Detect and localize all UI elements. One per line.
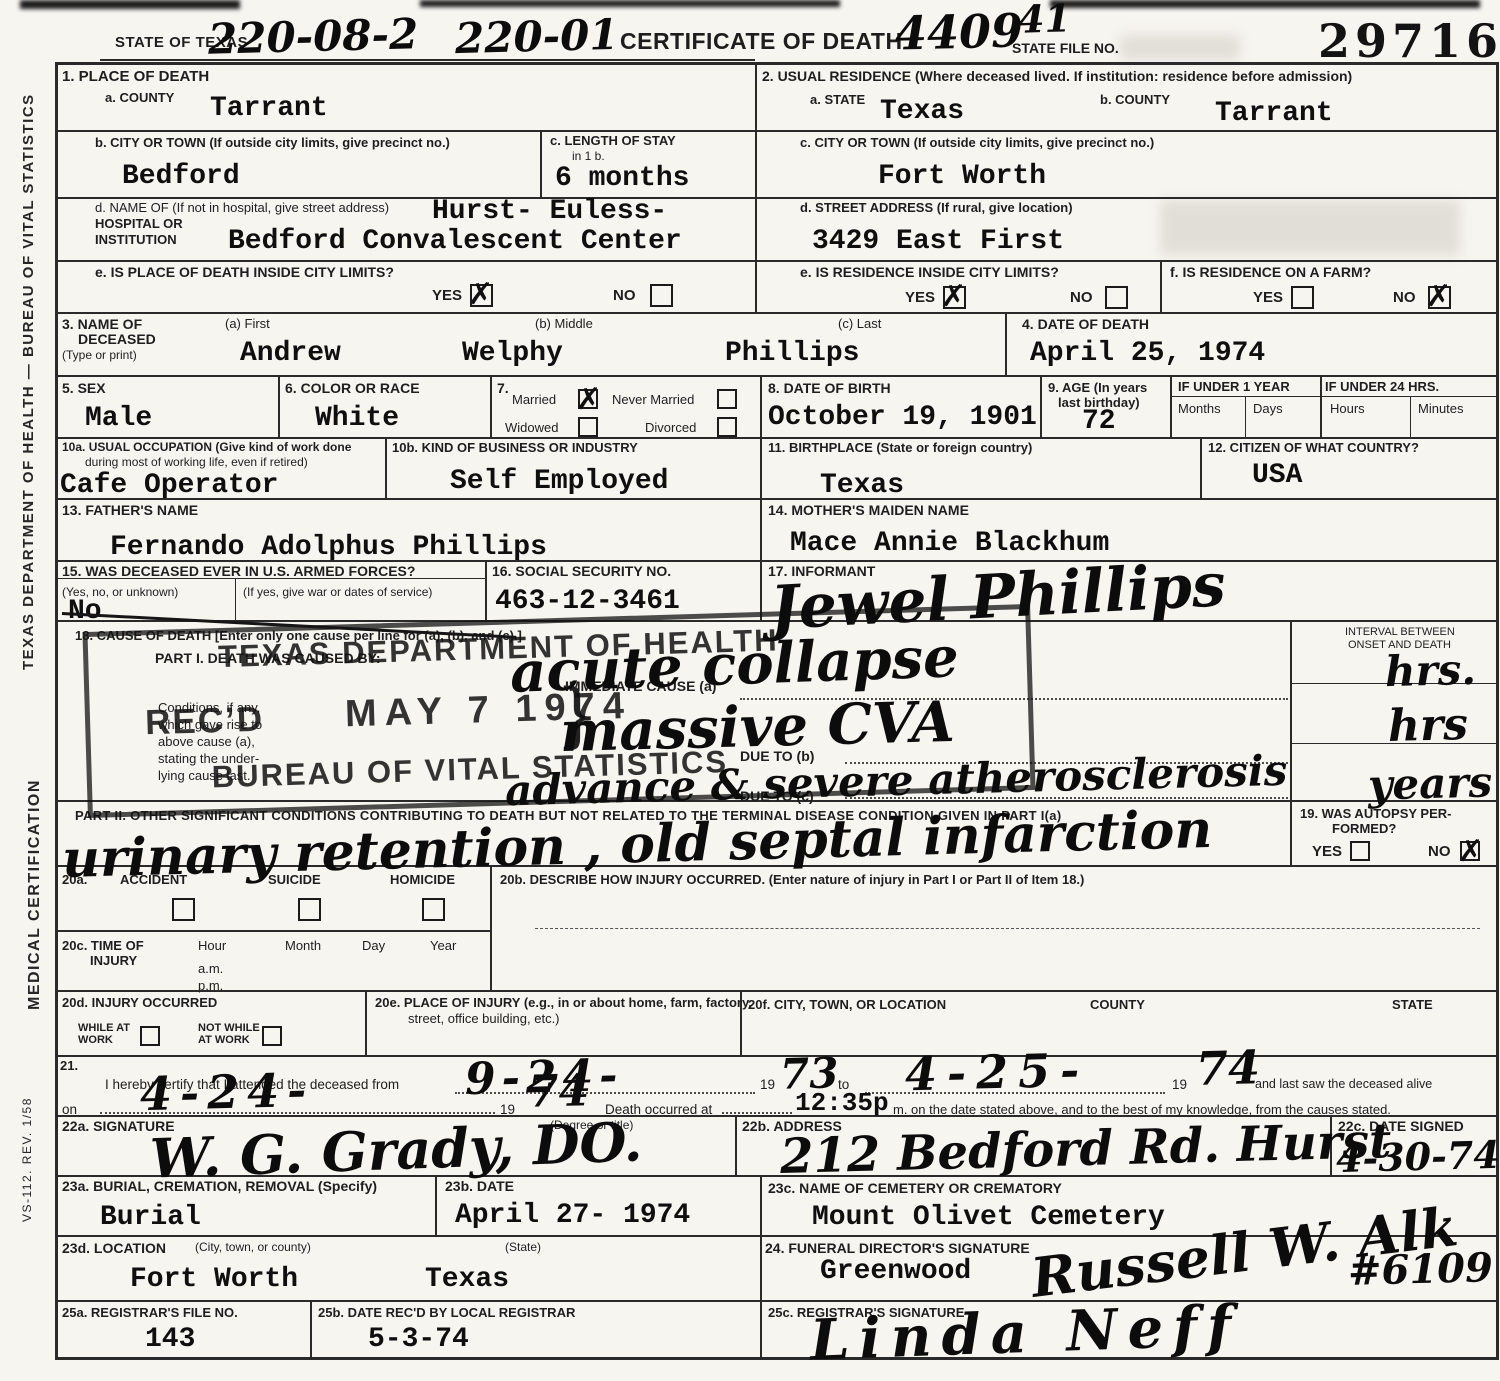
grid-line [1245, 396, 1246, 437]
grid-line [760, 1235, 762, 1300]
burial-date-value: April 27- 1974 [455, 1202, 690, 1230]
suicide-checkbox [298, 898, 321, 921]
grid-line [55, 437, 1498, 439]
injury-state-label: STATE [1392, 997, 1433, 1013]
grid-line [310, 1300, 312, 1357]
burial-cremation-value: Burial [100, 1204, 201, 1232]
grid-line [55, 1300, 1498, 1302]
grid-line [1200, 437, 1202, 498]
citizen-label: 12. CITIZEN OF WHAT COUNTRY? [1208, 440, 1419, 456]
registrar-signature: Linda Neff [809, 1300, 1242, 1365]
autopsy-label-2: FORMED? [1332, 821, 1396, 837]
injury-occurred-label: 20d. INJURY OCCURRED [62, 995, 217, 1011]
age-label-1: 9. AGE (In years [1048, 380, 1147, 396]
am-label: a.m. [198, 961, 223, 977]
grid-line [1290, 620, 1292, 865]
grid-line [365, 990, 367, 1055]
to-year-printed: 19 [1172, 1077, 1187, 1093]
interval-c-handwriting: years [1368, 763, 1493, 804]
residence-city-value: Fort Worth [878, 163, 1046, 191]
armed-forces-label: 15. WAS DECEASED EVER IN U.S. ARMED FORC… [62, 563, 415, 580]
physician-address-handwriting: 212 Bedford Rd. Hurst [780, 1120, 1392, 1179]
date-of-birth-label: 8. DATE OF BIRTH [768, 380, 891, 397]
length-of-stay-value: 6 months [555, 165, 689, 193]
state-file-no-label: STATE FILE NO. [1012, 40, 1119, 57]
residence-state-value: Texas [880, 98, 964, 126]
county-value: Tarrant [210, 95, 328, 123]
handwritten-certificate-number-2: 41 [1018, 1, 1072, 37]
grid-line [55, 312, 1498, 314]
social-security-value: 463-12-3461 [495, 588, 680, 616]
grid-line [55, 62, 1498, 65]
place-city-limits-yes-checkbox [470, 284, 493, 307]
days-label: Days [1253, 401, 1283, 417]
widowed-checkbox [578, 417, 598, 437]
year-label: Year [430, 938, 456, 954]
residence-county-label: b. COUNTY [1100, 92, 1170, 108]
grid-line [55, 260, 1498, 262]
accident-checkbox [172, 898, 195, 921]
married-checkbox [578, 389, 598, 409]
occupation-value: Cafe Operator [60, 472, 278, 500]
item-21-number: 21. [60, 1058, 78, 1074]
grid-line [1410, 396, 1411, 437]
first-name-value: Andrew [240, 340, 341, 368]
date-received-value: 5-3-74 [368, 1326, 469, 1354]
margin-department-text: TEXAS DEPARTMENT OF HEALTH — BUREAU OF V… [20, 190, 37, 670]
never-married-checkbox [717, 389, 737, 409]
autopsy-yes-label: YES [1312, 843, 1342, 861]
widowed-label: Widowed [505, 420, 558, 436]
time-of-injury-label-2: INJURY [90, 953, 137, 969]
age-value: 72 [1082, 408, 1116, 436]
residence-farm-label: f. IS RESIDENCE ON A FARM? [1170, 264, 1371, 281]
residence-city-limits-yes-label: YES [905, 289, 935, 307]
if-under-1-year-label: IF UNDER 1 YEAR [1178, 379, 1290, 395]
autopsy-yes-checkbox [1350, 841, 1370, 861]
armed-forces-sublabel-2: (If yes, give war or dates of service) [243, 585, 432, 599]
date-of-birth-value: October 19, 1901 [768, 404, 1037, 432]
residence-county-value: Tarrant [1215, 100, 1333, 128]
sex-value: Male [85, 405, 152, 433]
on-text: on [62, 1102, 77, 1118]
from-year-printed: 19 [760, 1077, 775, 1093]
residence-city-limits-label: e. IS RESIDENCE INSIDE CITY LIMITS? [800, 264, 1059, 281]
bleed-through [1160, 200, 1460, 255]
pm-label: p.m. [198, 978, 223, 994]
informant-signature: Jewel Phillips [769, 558, 1227, 636]
fathers-name-value: Fernando Adolphus Phillips [110, 534, 547, 562]
hospital-name-label-3: INSTITUTION [95, 232, 177, 248]
grid-line [1005, 312, 1007, 375]
scan-artifact [1050, 0, 1480, 8]
business-industry-value: Self Employed [450, 468, 668, 496]
place-city-limits-yes-label: YES [432, 287, 462, 305]
color-race-value: White [315, 405, 399, 433]
residence-city-limits-no-checkbox [1105, 286, 1128, 309]
grid-line [1320, 375, 1322, 437]
hospital-name-value-1: Hurst- Euless- [432, 198, 667, 226]
grid-line [1170, 375, 1172, 437]
funeral-home-value: Greenwood [820, 1258, 971, 1286]
last-saw-text: and last saw the deceased alive [1255, 1077, 1432, 1092]
writing-line [722, 1112, 792, 1114]
social-security-label: 16. SOCIAL SECURITY NO. [492, 563, 671, 580]
place-of-injury-label-2: street, office building, etc.) [408, 1011, 560, 1027]
grid-line [278, 375, 280, 437]
death-certificate-scan: STATE OF TEXAS 220-08-2 220-01 CERTIFICA… [0, 0, 1500, 1381]
grid-line [490, 375, 492, 437]
occupation-label-1: 10a. USUAL OCCUPATION (Give kind of work… [62, 440, 351, 454]
middle-name-value: Welphy [462, 340, 563, 368]
state-file-number: 29716 [1318, 14, 1500, 68]
divorced-label: Divorced [645, 420, 696, 436]
date-received-label: 25b. DATE REC'D BY LOCAL REGISTRAR [318, 1305, 575, 1321]
writing-line [535, 928, 1480, 929]
first-name-label: (a) First [225, 316, 270, 332]
length-of-stay-label: c. LENGTH OF STAY [550, 133, 676, 149]
burial-location-state-value: Texas [425, 1266, 509, 1294]
marital-status-label: 7. [497, 380, 509, 397]
hour-label: Hour [198, 938, 226, 954]
date-of-death-label: 4. DATE OF DEATH [1022, 316, 1149, 333]
grid-line [760, 1175, 762, 1235]
grid-line [55, 1357, 1498, 1360]
grid-line [55, 990, 1498, 992]
funeral-director-number: #6109 [1348, 1250, 1494, 1290]
residence-farm-yes-checkbox [1291, 286, 1314, 309]
stamp-recd: REC’D [145, 700, 265, 744]
on-year-handwriting: 74 [527, 1071, 589, 1112]
length-of-stay-sublabel: in 1 b. [572, 149, 605, 163]
grid-line [55, 130, 1498, 132]
margin-form-number: VS-112. REV. 1/58 [20, 1080, 34, 1240]
residence-farm-no-checkbox [1428, 286, 1451, 309]
autopsy-no-checkbox [1460, 841, 1480, 861]
not-while-at-work-label-2: AT WORK [198, 1034, 250, 1047]
hospital-name-label: d. NAME OF (If not in hospital, give str… [95, 200, 389, 216]
grid-line [1160, 260, 1162, 312]
fathers-name-label: 13. FATHER'S NAME [62, 502, 198, 519]
physician-signature: W. G. Grady, DO. [149, 1117, 643, 1183]
cause-b-handwriting: massive CVA [559, 697, 955, 758]
burial-location-sublabel-state: (State) [505, 1240, 541, 1254]
not-while-at-work-checkbox [262, 1026, 282, 1046]
burial-date-label: 23b. DATE [445, 1178, 514, 1195]
hours-label: Hours [1330, 401, 1365, 417]
months-label: Months [1178, 401, 1221, 417]
citizen-value: USA [1252, 462, 1302, 490]
grid-line [55, 930, 490, 932]
residence-city-limits-no-label: NO [1070, 289, 1093, 307]
burial-location-sublabel-city: (City, town, or county) [195, 1240, 311, 1254]
grid-line [485, 560, 487, 620]
grid-line [100, 59, 755, 61]
mothers-maiden-name-value: Mace Annie Blackhum [790, 530, 1109, 558]
divorced-checkbox [717, 417, 737, 437]
city-town-label: b. CITY OR TOWN (If outside city limits,… [95, 135, 450, 151]
section-1-title: 1. PLACE OF DEATH [62, 68, 209, 86]
grid-line [1040, 375, 1042, 437]
attended-to-date: 4-25- [904, 1050, 1089, 1096]
handwritten-code-2: 220-01 [455, 16, 619, 58]
injury-city-label: 20f. CITY, TOWN, OR LOCATION [748, 997, 946, 1013]
to-year-handwriting: 74 [1195, 1047, 1260, 1090]
place-city-limits-label: e. IS PLACE OF DEATH INSIDE CITY LIMITS? [95, 264, 394, 281]
bleed-through [1120, 35, 1240, 60]
grid-line [735, 1115, 737, 1175]
minutes-label: Minutes [1418, 401, 1464, 417]
last-name-label: (c) Last [838, 316, 881, 332]
certificate-title: CERTIFICATE OF DEATH [620, 28, 903, 56]
last-saw-date: 4-24- [139, 1070, 314, 1116]
occupation-label-2: during most of working life, even if ret… [85, 455, 308, 469]
hospital-name-label-2: HOSPITAL OR [95, 216, 183, 232]
middle-name-label: (b) Middle [535, 316, 593, 332]
scan-artifact [20, 0, 240, 9]
cause-a-handwriting: acute collapse [509, 632, 959, 698]
never-married-label: Never Married [612, 392, 694, 408]
sex-label: 5. SEX [62, 380, 106, 397]
street-address-label: d. STREET ADDRESS (If rural, give locati… [800, 200, 1073, 216]
residence-state-label: a. STATE [810, 92, 865, 108]
grid-line [760, 437, 762, 498]
last-name-value: Phillips [725, 340, 859, 368]
residence-city-limits-yes-checkbox [943, 286, 966, 309]
married-label: Married [512, 392, 556, 408]
grid-line [385, 437, 387, 498]
place-city-limits-no-checkbox [650, 284, 673, 307]
injury-county-label: COUNTY [1090, 997, 1145, 1013]
section-2-title: 2. USUAL RESIDENCE (Where deceased lived… [762, 68, 1352, 85]
date-signed-handwriting: 4-30-74 [1336, 1138, 1500, 1176]
burial-location-label: 23d. LOCATION [62, 1240, 166, 1257]
interval-header-1: INTERVAL BETWEEN [1345, 626, 1455, 639]
funeral-director-label: 24. FUNERAL DIRECTOR'S SIGNATURE [765, 1240, 1030, 1257]
registrar-file-no-label: 25a. REGISTRAR'S FILE NO. [62, 1305, 238, 1321]
cemetery-value: Mount Olivet Cemetery [812, 1204, 1165, 1232]
grid-line [435, 1175, 437, 1235]
scan-artifact [420, 0, 840, 7]
residence-farm-yes-label: YES [1253, 289, 1283, 307]
street-address-value: 3429 East First [812, 228, 1064, 256]
color-race-label: 6. COLOR OR RACE [285, 380, 420, 397]
business-industry-label: 10b. KIND OF BUSINESS OR INDUSTRY [392, 440, 638, 456]
registrar-file-no-value: 143 [145, 1326, 195, 1354]
mothers-maiden-name-label: 14. MOTHER'S MAIDEN NAME [768, 502, 969, 519]
name-of-deceased-label-3: (Type or print) [62, 348, 137, 362]
time-of-injury-label-1: 20c. TIME OF [62, 938, 144, 954]
grid-line [490, 865, 492, 990]
grid-line [55, 62, 58, 1360]
grid-line [1170, 396, 1498, 397]
burial-location-city-value: Fort Worth [130, 1266, 298, 1294]
name-of-deceased-label-2: DECEASED [78, 331, 156, 348]
while-at-work-checkbox [140, 1026, 160, 1046]
residence-farm-no-label: NO [1393, 289, 1416, 307]
grid-line [55, 1055, 1498, 1057]
month-label: Month [285, 938, 321, 954]
grid-line [760, 375, 762, 437]
grid-line [235, 578, 236, 620]
date-of-death-value: April 25, 1974 [1030, 340, 1265, 368]
place-of-injury-label-1: 20e. PLACE OF INJURY (e.g., in or about … [375, 995, 752, 1011]
from-year-handwriting: 73 [780, 1054, 839, 1093]
grid-line [55, 197, 1498, 199]
grid-line [760, 498, 762, 560]
city-town-value: Bedford [122, 163, 240, 191]
homicide-checkbox [422, 898, 445, 921]
place-city-limits-no-label: NO [613, 287, 636, 305]
county-label: a. COUNTY [105, 90, 174, 106]
interval-b-handwriting: hrs [1387, 705, 1468, 747]
handwritten-certificate-number: 4409 [894, 10, 1023, 55]
while-at-work-label-2: WORK [78, 1034, 113, 1047]
grid-line [755, 62, 757, 312]
autopsy-no-label: NO [1428, 843, 1451, 861]
interval-a-handwriting: hrs. [1385, 651, 1477, 691]
birthplace-value: Texas [820, 472, 904, 500]
grid-line [55, 375, 1498, 377]
day-label: Day [362, 938, 385, 954]
grid-line [760, 1300, 762, 1357]
birthplace-label: 11. BIRTHPLACE (State or foreign country… [768, 440, 1032, 456]
if-under-24-hrs-label: IF UNDER 24 HRS. [1325, 379, 1439, 395]
margin-medical-certification-text: MEDICAL CERTIFICATION [26, 785, 44, 1010]
residence-city-label: c. CITY OR TOWN (If outside city limits,… [800, 135, 1154, 151]
handwritten-code-1: 220-08-2 [208, 15, 419, 58]
hospital-name-value-2: Bedford Convalescent Center [228, 228, 682, 256]
grid-line [540, 130, 542, 197]
